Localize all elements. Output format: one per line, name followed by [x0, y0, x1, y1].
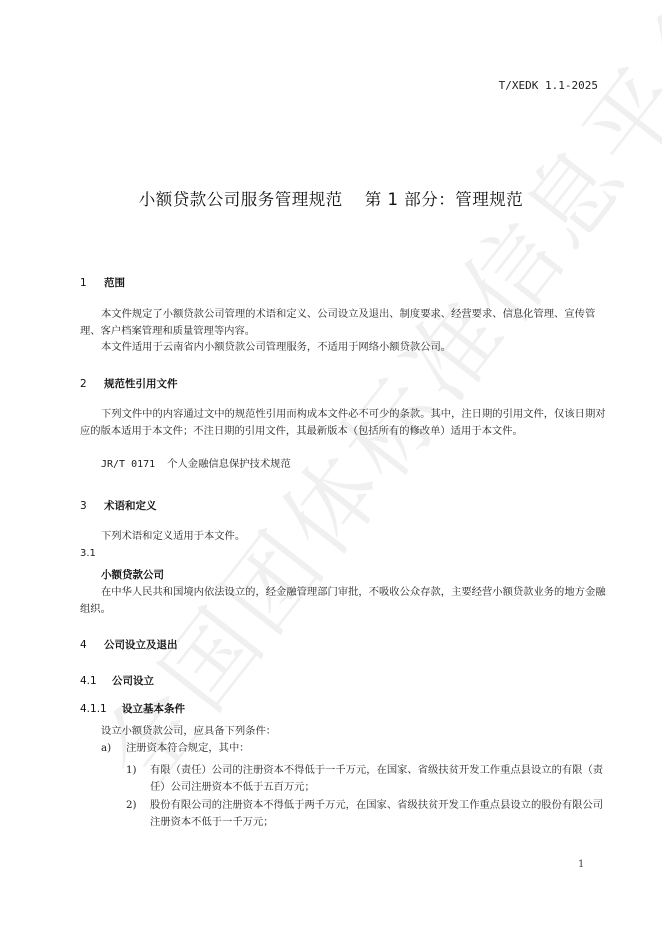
title-main: 小额贷款公司服务管理规范	[139, 190, 343, 209]
section-title: 术语和定义	[104, 500, 157, 512]
section-heading-establishment: 4公司设立及退出	[80, 637, 178, 652]
document-title: 小额贷款公司服务管理规范第 1 部分：管理规范	[0, 186, 662, 210]
term-name: 小额贷款公司	[101, 567, 164, 582]
reference-entry: JR/T 0171个人金融信息保护技术规范	[101, 456, 633, 474]
sub-list-item: 2) 股份有限公司的注册资本不得低于两千万元，在国家、省级扶贫开发工作重点县设立…	[126, 797, 612, 830]
term-number: 3.1	[80, 548, 96, 559]
paragraph: 本文件规定了小额贷款公司管理的术语和定义、公司设立及退出、制度要求、经营要求、信…	[80, 306, 612, 339]
section-title: 规范性引用文件	[104, 378, 178, 390]
page-number: 1	[578, 859, 584, 870]
subsubsection-number: 4.1.1	[80, 703, 122, 715]
term-definition: 在中华人民共和国境内依法设立的，经金融管理部门审批，不吸收公众存款，主要经营小额…	[80, 584, 612, 617]
paragraph: 本文件适用于云南省内小额贷款公司管理服务，不适用于网络小额贷款公司。	[80, 339, 612, 356]
document-page: 全国团体标准信息平台 T/XEDK 1.1-2025 小额贷款公司服务管理规范第…	[0, 0, 662, 936]
subsection-number: 4.1	[80, 675, 112, 687]
paragraph: 下列文件中的内容通过文中的规范性引用而构成本文件必不可少的条款。其中，注日期的引…	[80, 406, 612, 439]
section-heading-terms: 3术语和定义	[80, 498, 157, 513]
list-text: 注册资本符合规定，其中：	[126, 740, 250, 757]
reference-title: 个人金融信息保护技术规范	[167, 458, 291, 470]
title-part: 第 1 部分：管理规范	[365, 190, 524, 209]
subsection-title: 公司设立	[112, 675, 154, 687]
section-number: 2	[80, 378, 104, 390]
paragraph: 设立小额贷款公司，应具备下列条件：	[80, 723, 612, 740]
section-title: 公司设立及退出	[104, 639, 178, 651]
list-marker: 2)	[126, 797, 150, 830]
section-title: 范围	[104, 277, 125, 289]
list-item: a) 注册资本符合规定，其中：	[101, 740, 612, 757]
section-heading-normative-references: 2规范性引用文件	[80, 376, 178, 391]
list-marker: 1)	[126, 762, 150, 795]
section-number: 1	[80, 277, 104, 289]
section-number: 4	[80, 639, 104, 651]
list-text: 股份有限公司的注册资本不得低于两千万元，在国家、省级扶贫开发工作重点县设立的股份…	[150, 797, 612, 830]
sub-list-item: 1) 有限（责任）公司的注册资本不得低于一千万元，在国家、省级扶贫开发工作重点县…	[126, 762, 612, 795]
subsubsection-title: 设立基本条件	[122, 703, 185, 715]
list-text: 有限（责任）公司的注册资本不得低于一千万元，在国家、省级扶贫开发工作重点县设立的…	[150, 762, 612, 795]
section-heading-scope: 1范围	[80, 275, 125, 290]
subsection-heading: 4.1公司设立	[80, 673, 154, 688]
document-code: T/XEDK 1.1-2025	[499, 79, 598, 92]
subsubsection-heading: 4.1.1设立基本条件	[80, 701, 185, 716]
section-number: 3	[80, 500, 104, 512]
list-marker: a)	[101, 740, 126, 757]
paragraph: 下列术语和定义适用于本文件。	[80, 528, 612, 545]
reference-code: JR/T 0171	[101, 459, 155, 470]
